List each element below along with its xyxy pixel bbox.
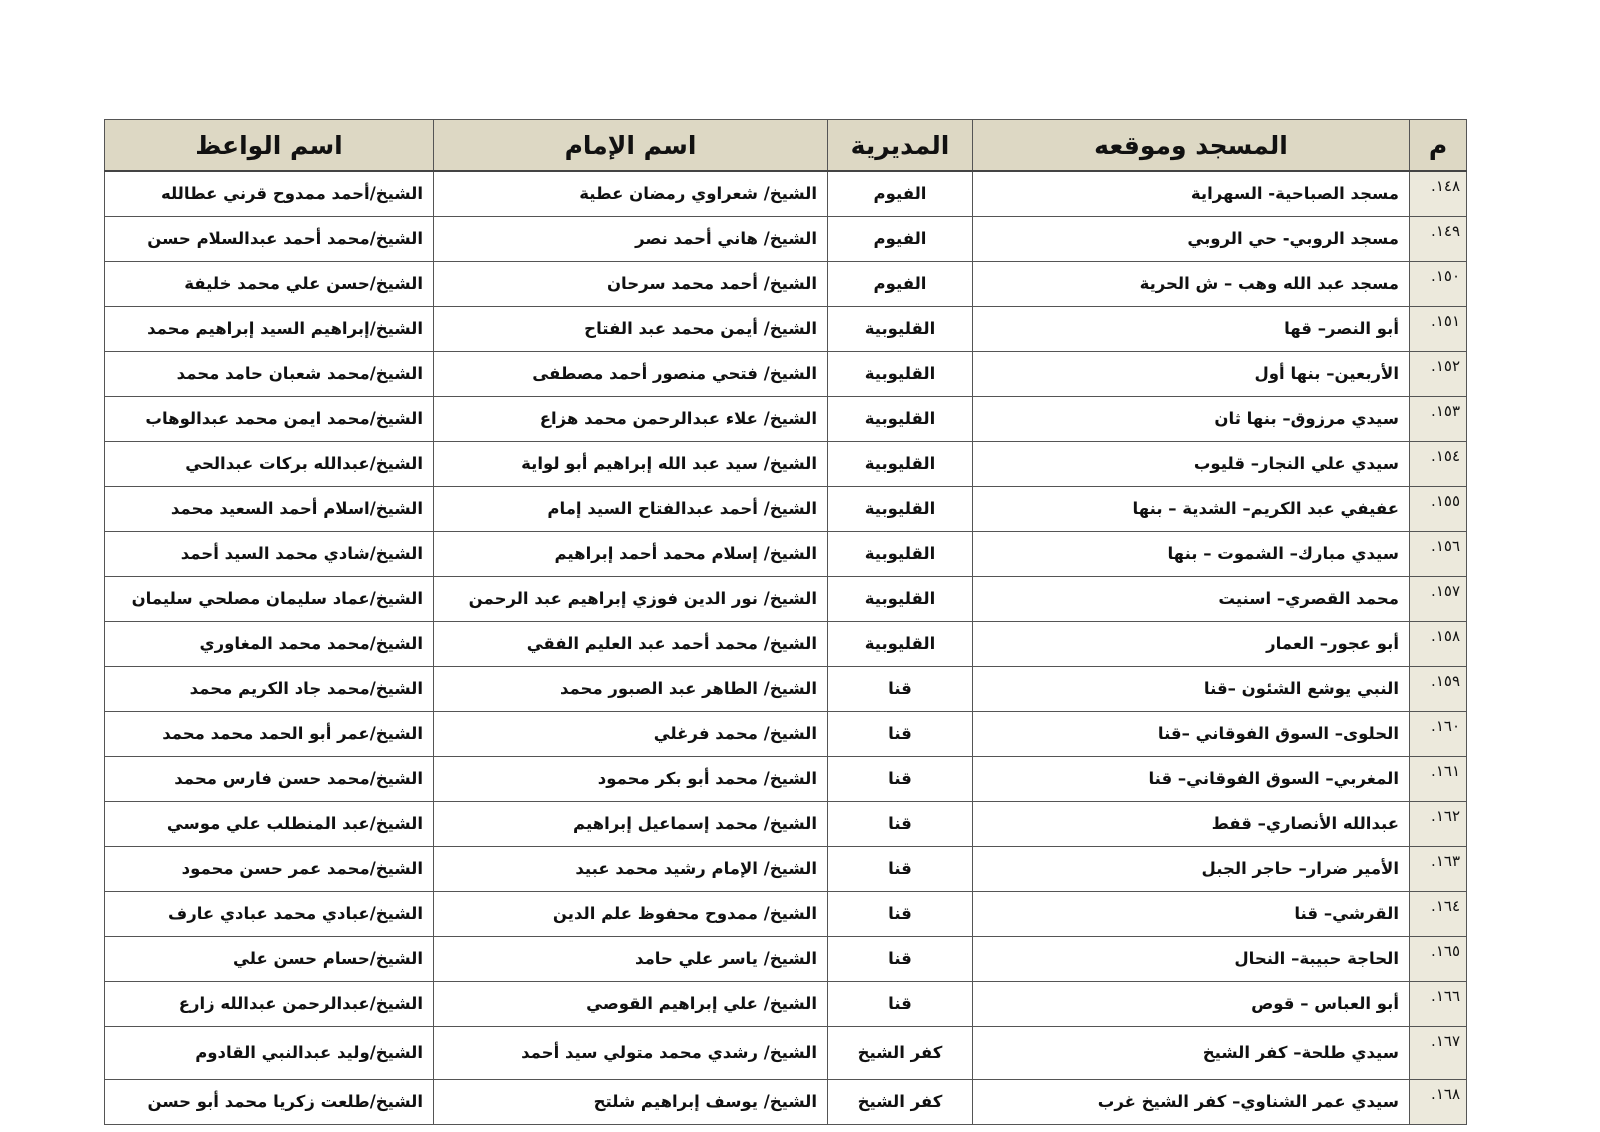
- preacher-cell: الشيخ/محمد عمر حسن محمود: [105, 847, 434, 892]
- directorate-cell: القليوبية: [828, 532, 973, 577]
- directorate-cell: قنا: [828, 847, 973, 892]
- preacher-cell: الشيخ/عبد المنطلب علي موسي: [105, 802, 434, 847]
- directorate-cell: الفيوم: [828, 262, 973, 307]
- directorate-cell: القليوبية: [828, 442, 973, 487]
- preacher-cell: الشيخ/شادي محمد السيد أحمد: [105, 532, 434, 577]
- table-row: ١٥٠. مسجد عبد الله وهب – ش الحرية الفيوم…: [105, 262, 1467, 307]
- imam-cell: الشيخ/ يوسف إبراهيم شلتح: [434, 1080, 828, 1125]
- row-number: ١٦٧.: [1410, 1027, 1467, 1080]
- mosque-cell: سيدي عمر الشناوي– كفر الشيخ غرب: [973, 1080, 1410, 1125]
- table-row: ١٥١. أبو النصر– قها القليوبية الشيخ/ أيم…: [105, 307, 1467, 352]
- preacher-cell: الشيخ/اسلام أحمد السعيد محمد: [105, 487, 434, 532]
- table-row: ١٦٤. القرشي– قنا قنا الشيخ/ ممدوح محفوظ …: [105, 892, 1467, 937]
- table-row: ١٦٦. أبو العباس – قوص قنا الشيخ/ علي إبر…: [105, 982, 1467, 1027]
- mosque-cell: المغربي– السوق الفوقاني– قنا: [973, 757, 1410, 802]
- preacher-cell: الشيخ/إبراهيم السيد إبراهيم محمد: [105, 307, 434, 352]
- preacher-cell: الشيخ/عبدالرحمن عبدالله زارع: [105, 982, 434, 1027]
- table-row: ١٥٩. النبي يوشع الشئون –قنا قنا الشيخ/ ا…: [105, 667, 1467, 712]
- imam-cell: الشيخ/ أحمد عبدالفتاح السيد إمام: [434, 487, 828, 532]
- table-row: ١٦٧. سيدي طلحة– كفر الشيخ كفر الشيخ الشي…: [105, 1027, 1467, 1080]
- row-number: ١٦٢.: [1410, 802, 1467, 847]
- directorate-cell: الفيوم: [828, 171, 973, 217]
- imam-cell: الشيخ/ هاني أحمد نصر: [434, 217, 828, 262]
- directorate-cell: قنا: [828, 667, 973, 712]
- directorate-cell: القليوبية: [828, 577, 973, 622]
- directorate-cell: قنا: [828, 937, 973, 982]
- mosque-assignment-table: م المسجد وموقعه المديرية اسم الإمام اسم …: [104, 119, 1467, 1125]
- directorate-cell: الفيوم: [828, 217, 973, 262]
- mosque-cell: مسجد الصباحية- السهراية: [973, 171, 1410, 217]
- row-number: ١٥٣.: [1410, 397, 1467, 442]
- imam-cell: الشيخ/ ممدوح محفوظ علم الدين: [434, 892, 828, 937]
- mosque-cell: سيدي مرزوق– بنها ثان: [973, 397, 1410, 442]
- table-row: ١٥٣. سيدي مرزوق– بنها ثان القليوبية الشي…: [105, 397, 1467, 442]
- imam-cell: الشيخ/ الطاهر عبد الصبور محمد: [434, 667, 828, 712]
- table-row: ١٥٥. عفيفي عبد الكريم– الشدية – بنها الق…: [105, 487, 1467, 532]
- imam-cell: الشيخ/ علاء عبدالرحمن محمد هزاع: [434, 397, 828, 442]
- row-number: ١٦٣.: [1410, 847, 1467, 892]
- imam-cell: الشيخ/ محمد فرغلي: [434, 712, 828, 757]
- preacher-cell: الشيخ/محمد محمد المغاوري: [105, 622, 434, 667]
- preacher-cell: الشيخ/عبدالله بركات عبدالحي: [105, 442, 434, 487]
- directorate-cell: القليوبية: [828, 307, 973, 352]
- table-row: ١٦٥. الحاجة حبيبة– النحال قنا الشيخ/ ياس…: [105, 937, 1467, 982]
- preacher-cell: الشيخ/أحمد ممدوح قرني عطالله: [105, 171, 434, 217]
- preacher-cell: الشيخ/حسام حسن علي: [105, 937, 434, 982]
- preacher-cell: الشيخ/محمد أحمد عبدالسلام حسن: [105, 217, 434, 262]
- mosque-cell: مسجد عبد الله وهب – ش الحرية: [973, 262, 1410, 307]
- mosque-cell: سيدي مبارك– الشموت – بنها: [973, 532, 1410, 577]
- preacher-cell: الشيخ/عمر أبو الحمد محمد محمد: [105, 712, 434, 757]
- row-number: ١٤٨.: [1410, 171, 1467, 217]
- row-number: ١٥٦.: [1410, 532, 1467, 577]
- imam-cell: الشيخ/ محمد أبو بكر محمود: [434, 757, 828, 802]
- table-row: ١٤٨. مسجد الصباحية- السهراية الفيوم الشي…: [105, 171, 1467, 217]
- directorate-cell: قنا: [828, 982, 973, 1027]
- row-number: ١٥٧.: [1410, 577, 1467, 622]
- preacher-cell: الشيخ/عبادي محمد عبادي عارف: [105, 892, 434, 937]
- row-number: ١٥٩.: [1410, 667, 1467, 712]
- mosque-cell: الحاجة حبيبة– النحال: [973, 937, 1410, 982]
- mosque-cell: عبدالله الأنصاري– قفط: [973, 802, 1410, 847]
- directorate-cell: قنا: [828, 712, 973, 757]
- row-number: ١٦٤.: [1410, 892, 1467, 937]
- row-number: ١٦١.: [1410, 757, 1467, 802]
- row-number: ١٥٨.: [1410, 622, 1467, 667]
- row-number: ١٦٠.: [1410, 712, 1467, 757]
- mosque-cell: النبي يوشع الشئون –قنا: [973, 667, 1410, 712]
- table-row: ١٥٤. سيدي علي النجار– قليوب القليوبية ال…: [105, 442, 1467, 487]
- table-header-row: م المسجد وموقعه المديرية اسم الإمام اسم …: [105, 120, 1467, 172]
- table-row: ١٥٧. محمد القصري– اسنيت القليوبية الشيخ/…: [105, 577, 1467, 622]
- directorate-cell: القليوبية: [828, 352, 973, 397]
- header-preacher: اسم الواعظ: [105, 120, 434, 172]
- imam-cell: الشيخ/ رشدي محمد متولي سيد أحمد: [434, 1027, 828, 1080]
- preacher-cell: الشيخ/عماد سليمان مصلحي سليمان: [105, 577, 434, 622]
- directorate-cell: كفر الشيخ: [828, 1027, 973, 1080]
- mosque-cell: القرشي– قنا: [973, 892, 1410, 937]
- mosque-cell: الحلوى– السوق الفوقاني –قنا: [973, 712, 1410, 757]
- header-num: م: [1410, 120, 1467, 172]
- directorate-cell: القليوبية: [828, 622, 973, 667]
- imam-cell: الشيخ/ إسلام محمد أحمد إبراهيم: [434, 532, 828, 577]
- imam-cell: الشيخ/ أحمد محمد سرحان: [434, 262, 828, 307]
- row-number: ١٤٩.: [1410, 217, 1467, 262]
- document-page: م المسجد وموقعه المديرية اسم الإمام اسم …: [0, 0, 1600, 1132]
- imam-cell: الشيخ/ فتحي منصور أحمد مصطفى: [434, 352, 828, 397]
- preacher-cell: الشيخ/محمد شعبان حامد محمد: [105, 352, 434, 397]
- directorate-cell: كفر الشيخ: [828, 1080, 973, 1125]
- table-row: ١٦٢. عبدالله الأنصاري– قفط قنا الشيخ/ مح…: [105, 802, 1467, 847]
- mosque-cell: سيدي طلحة– كفر الشيخ: [973, 1027, 1410, 1080]
- imam-cell: الشيخ/ ياسر علي حامد: [434, 937, 828, 982]
- mosque-cell: أبو العباس – قوص: [973, 982, 1410, 1027]
- imam-cell: الشيخ/ سيد عبد الله إبراهيم أبو لواية: [434, 442, 828, 487]
- imam-cell: الشيخ/ محمد إسماعيل إبراهيم: [434, 802, 828, 847]
- row-number: ١٦٨.: [1410, 1080, 1467, 1125]
- directorate-cell: القليوبية: [828, 397, 973, 442]
- table-row: ١٦١. المغربي– السوق الفوقاني– قنا قنا ال…: [105, 757, 1467, 802]
- preacher-cell: الشيخ/محمد ايمن محمد عبدالوهاب: [105, 397, 434, 442]
- directorate-cell: قنا: [828, 892, 973, 937]
- mosque-cell: أبو عجور– العمار: [973, 622, 1410, 667]
- directorate-cell: قنا: [828, 757, 973, 802]
- table-row: ١٥٢. الأربعين– بنها أول القليوبية الشيخ/…: [105, 352, 1467, 397]
- row-number: ١٥٤.: [1410, 442, 1467, 487]
- header-mosque: المسجد وموقعه: [973, 120, 1410, 172]
- mosque-cell: الأربعين– بنها أول: [973, 352, 1410, 397]
- directorate-cell: قنا: [828, 802, 973, 847]
- table-row: ١٥٦. سيدي مبارك– الشموت – بنها القليوبية…: [105, 532, 1467, 577]
- mosque-cell: محمد القصري– اسنيت: [973, 577, 1410, 622]
- directorate-cell: القليوبية: [828, 487, 973, 532]
- imam-cell: الشيخ/ شعراوي رمضان عطية: [434, 171, 828, 217]
- table-row: ١٦٣. الأمير ضرار– حاجر الجبل قنا الشيخ/ …: [105, 847, 1467, 892]
- table-row: ١٦٠. الحلوى– السوق الفوقاني –قنا قنا الش…: [105, 712, 1467, 757]
- row-number: ١٥١.: [1410, 307, 1467, 352]
- preacher-cell: الشيخ/حسن علي محمد خليفة: [105, 262, 434, 307]
- preacher-cell: الشيخ/طلعت زكريا محمد أبو حسن: [105, 1080, 434, 1125]
- header-imam: اسم الإمام: [434, 120, 828, 172]
- row-number: ١٥٥.: [1410, 487, 1467, 532]
- row-number: ١٦٦.: [1410, 982, 1467, 1027]
- row-number: ١٥٠.: [1410, 262, 1467, 307]
- preacher-cell: الشيخ/محمد حسن فارس محمد: [105, 757, 434, 802]
- mosque-cell: مسجد الروبي- حي الروبي: [973, 217, 1410, 262]
- mosque-cell: أبو النصر– قها: [973, 307, 1410, 352]
- mosque-cell: عفيفي عبد الكريم– الشدية – بنها: [973, 487, 1410, 532]
- table-row: ١٦٨. سيدي عمر الشناوي– كفر الشيخ غرب كفر…: [105, 1080, 1467, 1125]
- imam-cell: الشيخ/ علي إبراهيم القوصي: [434, 982, 828, 1027]
- header-directorate: المديرية: [828, 120, 973, 172]
- mosque-cell: الأمير ضرار– حاجر الجبل: [973, 847, 1410, 892]
- preacher-cell: الشيخ/وليد عبدالنبي القادوم: [105, 1027, 434, 1080]
- row-number: ١٥٢.: [1410, 352, 1467, 397]
- imam-cell: الشيخ/ الإمام رشيد محمد عبيد: [434, 847, 828, 892]
- imam-cell: الشيخ/ محمد أحمد عبد العليم الفقي: [434, 622, 828, 667]
- table-row: ١٤٩. مسجد الروبي- حي الروبي الفيوم الشيخ…: [105, 217, 1467, 262]
- imam-cell: الشيخ/ أيمن محمد عبد الفتاح: [434, 307, 828, 352]
- imam-cell: الشيخ/ نور الدين فوزي إبراهيم عبد الرحمن: [434, 577, 828, 622]
- table-row: ١٥٨. أبو عجور– العمار القليوبية الشيخ/ م…: [105, 622, 1467, 667]
- row-number: ١٦٥.: [1410, 937, 1467, 982]
- mosque-cell: سيدي علي النجار– قليوب: [973, 442, 1410, 487]
- preacher-cell: الشيخ/محمد جاد الكريم محمد: [105, 667, 434, 712]
